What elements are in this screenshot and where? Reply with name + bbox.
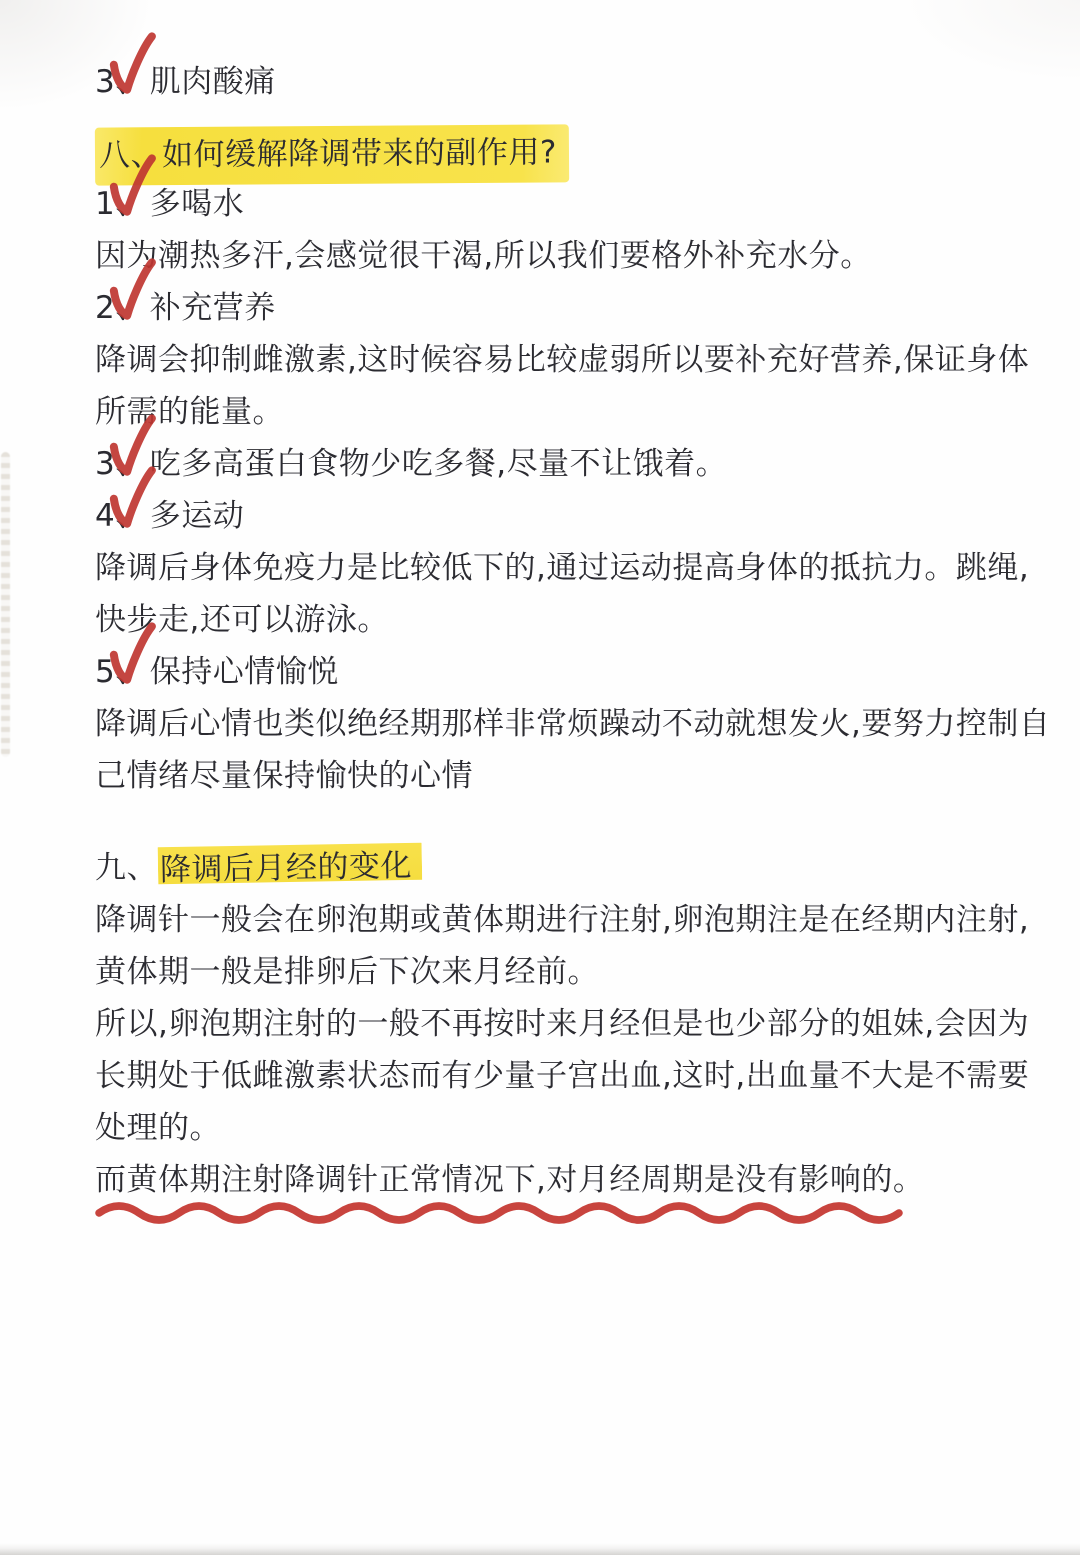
pause-mark: 、 bbox=[115, 646, 148, 698]
pause-mark: 、 bbox=[115, 178, 148, 230]
item-2-body-line: 所需的能量。 bbox=[95, 386, 1035, 438]
item-2-heading: 2、补充营养 bbox=[95, 282, 1035, 334]
highlighted-heading: 八、如何缓解降调带来的副作用? bbox=[95, 124, 569, 185]
item-title: 保持心情愉悦 bbox=[150, 646, 339, 698]
highlighted-heading: 降调后月经的变化 bbox=[158, 840, 423, 897]
section-9-prefix: 九、 bbox=[95, 850, 158, 886]
item-1-heading: 1、多喝水 bbox=[95, 178, 1035, 230]
page-bottom-shadow bbox=[0, 1543, 1080, 1555]
paragraph-line: 降调针一般会在卵泡期或黄体期进行注射,卵泡期注是在经期内注射, bbox=[95, 894, 1035, 946]
check-icon bbox=[107, 464, 157, 529]
prev-item-heading: 3、肌肉酸痛 bbox=[95, 56, 1035, 108]
page-edge-artifact bbox=[1, 452, 10, 757]
item-5-heading: 5、保持心情愉悦 bbox=[95, 646, 1035, 698]
check-icon bbox=[107, 256, 157, 321]
section-8-heading-line: 八、如何缓解降调带来的副作用? bbox=[95, 126, 1035, 178]
item-title: 肌肉酸痛 bbox=[150, 56, 276, 108]
item-1-body-line: 因为潮热多汗,会感觉很干渴,所以我们要格外补充水分。 bbox=[95, 230, 1035, 282]
pause-mark: 、 bbox=[115, 490, 148, 542]
item-4-body-line: 降调后身体免疫力是比较低下的,通过运动提高身体的抵抗力。跳绳, bbox=[95, 542, 1035, 594]
item-5-body-line: 己情绪尽量保持愉快的心情 bbox=[95, 750, 1035, 802]
item-title: 吃多高蛋白食物少吃多餐,尽量不让饿着。 bbox=[150, 438, 727, 490]
item-3-heading: 3、吃多高蛋白食物少吃多餐,尽量不让饿着。 bbox=[95, 438, 1035, 490]
paragraph-line: 黄体期一般是排卵后下次来月经前。 bbox=[95, 946, 1035, 998]
note-page: 3、肌肉酸痛 八、如何缓解降调带来的副作用? 1、多喝水 因为潮热多汗,会感觉很… bbox=[95, 56, 1035, 1228]
check-icon bbox=[107, 30, 157, 95]
paragraph-line: 长期处于低雌激素状态而有少量子宫出血,这时,出血量不大是不需要 bbox=[95, 1050, 1035, 1102]
item-2-body-line: 降调会抑制雌激素,这时候容易比较虚弱所以要补充好营养,保证身体 bbox=[95, 334, 1035, 386]
underlined-paragraph-line: 而黄体期注射降调针正常情况下,对月经周期是没有影响的。 bbox=[95, 1154, 1035, 1206]
item-title: 多喝水 bbox=[150, 178, 245, 230]
check-icon bbox=[107, 620, 157, 685]
item-title: 多运动 bbox=[150, 490, 245, 542]
pause-mark: 、 bbox=[115, 56, 148, 108]
check-icon bbox=[107, 152, 157, 217]
item-4-heading: 4、多运动 bbox=[95, 490, 1035, 542]
paragraph-line: 处理的。 bbox=[95, 1102, 1035, 1154]
section-9-heading-line: 九、降调后月经的变化 bbox=[95, 842, 1035, 894]
item-5-body-line: 降调后心情也类似绝经期那样非常烦躁动不动就想发火,要努力控制自 bbox=[95, 698, 1035, 750]
paragraph-line: 所以,卵泡期注射的一般不再按时来月经但是也少部分的姐妹,会因为 bbox=[95, 998, 1035, 1050]
item-title: 补充营养 bbox=[150, 282, 276, 334]
pause-mark: 、 bbox=[115, 282, 148, 334]
item-4-body-line: 快步走,还可以游泳。 bbox=[95, 594, 1035, 646]
